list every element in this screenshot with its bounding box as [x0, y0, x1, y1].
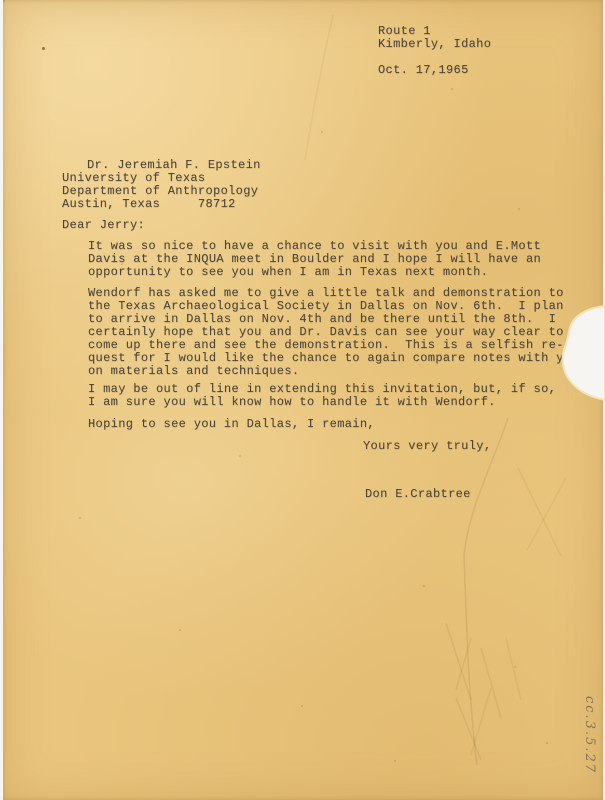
- valediction: Yours very truly,: [363, 440, 491, 453]
- paragraph-1: It was so nice to have a chance to visit…: [88, 240, 541, 279]
- paragraph-line: I am sure you will know how to handle it…: [88, 396, 556, 409]
- paragraph-2: Wendorf has asked me to give a little ta…: [88, 287, 579, 378]
- paragraph-line: opportunity to see you when I am in Texa…: [88, 266, 541, 279]
- archival-annotation: cc.3.5.27: [582, 696, 597, 774]
- sender-city: Kimberly, Idaho: [378, 38, 491, 51]
- salutation: Dear Jerry:: [62, 219, 145, 232]
- letter-date: Oct. 17,1965: [378, 64, 491, 77]
- sender-address-block: Route 1 Kimberly, Idaho Oct. 17,1965: [378, 25, 491, 77]
- torn-paper-patch: [557, 302, 605, 404]
- paragraph-3: I may be out of line in extending this i…: [88, 383, 556, 409]
- recipient-city-zip: Austin, Texas 78712: [62, 198, 261, 211]
- letter-page: Route 1 Kimberly, Idaho Oct. 17,1965 Dr.…: [3, 0, 603, 800]
- signature: Don E.Crabtree: [365, 488, 471, 501]
- recipient-address-block: Dr. Jeremiah F. Epstein University of Te…: [62, 159, 261, 211]
- paragraph-line: on materials and techniques.: [88, 365, 579, 378]
- closing-line: Hoping to see you in Dallas, I remain,: [88, 418, 375, 431]
